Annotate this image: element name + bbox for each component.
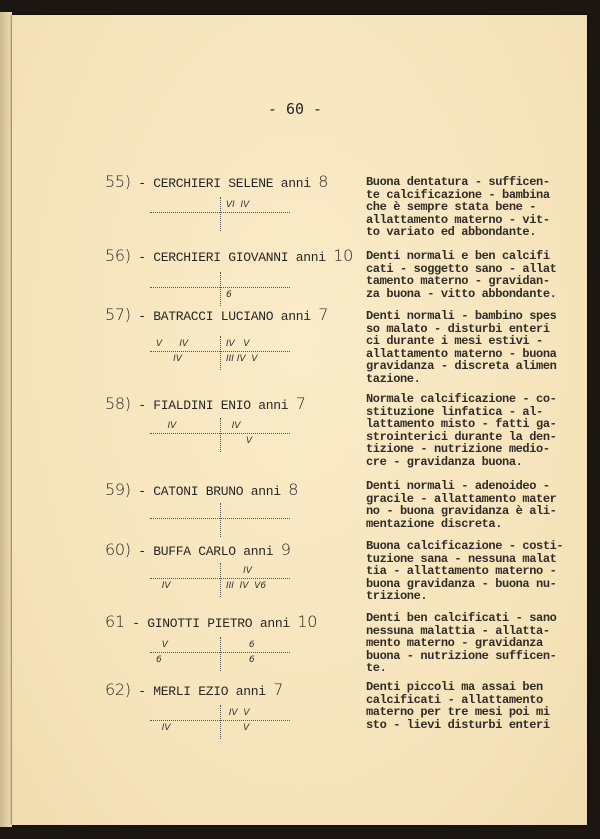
entry-heading: 61 - GINOTTI PIETRO anni 10 xyxy=(105,612,317,631)
formula-lower-right: 6 xyxy=(226,655,255,665)
entry-number: 57) xyxy=(105,305,131,324)
formula-lower-left: 6 xyxy=(156,655,162,665)
formula-upper-left: V xyxy=(156,640,168,650)
entry-heading: 59) - CATONI BRUNO anni 8 xyxy=(105,480,298,499)
entry-separator: - xyxy=(131,309,154,324)
formula-lower-left: IV xyxy=(156,723,171,733)
formula-lower-right: 6 xyxy=(226,290,232,300)
dental-formula: IV IV V xyxy=(150,418,290,452)
entry-separator: - xyxy=(131,484,154,499)
patient-age: 7 xyxy=(318,305,328,324)
entry-separator: - xyxy=(125,616,148,631)
entry-number: 58) xyxy=(105,394,131,413)
dental-formula: IV V IV V xyxy=(150,705,290,739)
entry-heading: 62) - MERLI EZIO anni 7 xyxy=(105,680,283,699)
entry-number: 56) xyxy=(105,246,131,265)
age-label: anni xyxy=(251,484,281,499)
dental-formula: VI IV xyxy=(150,197,290,231)
patient-name: BUFFA CARLO xyxy=(153,544,236,559)
age-label: anni xyxy=(243,544,273,559)
formula-upper-right: IV V xyxy=(226,339,250,349)
entry-heading: 57) - BATRACCI LUCIANO anni 7 xyxy=(105,305,328,324)
dental-formula: V 6 6 6 xyxy=(150,637,290,671)
entry-heading: 58) - FIALDINI ENIO anni 7 xyxy=(105,394,306,413)
formula-upper-right: VI IV xyxy=(226,200,249,210)
entry-number: 62) xyxy=(105,680,131,699)
entry-number: 55) xyxy=(105,172,131,191)
patient-name: GINOTTI PIETRO xyxy=(147,616,252,631)
entry-separator: - xyxy=(131,684,154,699)
dental-formula xyxy=(150,503,290,537)
formula-upper-left: V IV xyxy=(156,339,188,349)
formula-vertical-line xyxy=(220,705,221,739)
entry-description: Denti normali e ben calcifi cati - sogge… xyxy=(366,250,586,300)
formula-lower-right: III IV V6 xyxy=(226,581,266,591)
patient-age: 10 xyxy=(333,246,353,265)
entry-description: Denti normali - bambino spes so malato -… xyxy=(366,310,586,385)
patient-name: BATRACCI LUCIANO xyxy=(153,309,273,324)
page-fold xyxy=(0,12,12,827)
formula-vertical-line xyxy=(220,197,221,231)
entry-separator: - xyxy=(131,544,154,559)
age-label: anni xyxy=(260,616,290,631)
formula-vertical-line xyxy=(220,503,221,537)
formula-vertical-line xyxy=(220,637,221,671)
formula-upper-right: 6 xyxy=(226,640,255,650)
patient-age: 9 xyxy=(281,540,291,559)
formula-upper-right: IV xyxy=(226,566,252,576)
patient-age: 7 xyxy=(273,680,283,699)
entry-heading: 60) - BUFFA CARLO anni 9 xyxy=(105,540,291,559)
entry-description: Denti ben calcificati - sano nessuna mal… xyxy=(366,612,586,675)
entry-number: 61 xyxy=(105,612,125,631)
age-label: anni xyxy=(296,250,326,265)
patient-age: 7 xyxy=(296,394,306,413)
formula-vertical-line xyxy=(220,418,221,452)
dental-formula: V IV IV V IV III IV V xyxy=(150,336,290,370)
page-number: - 60 - xyxy=(255,100,335,118)
entry-separator: - xyxy=(131,398,154,413)
patient-name: CERCHIERI SELENE xyxy=(153,176,273,191)
dental-formula: IV IV III IV V6 xyxy=(150,563,290,597)
formula-upper-left: IV xyxy=(156,421,176,431)
formula-lower-left: IV xyxy=(156,354,182,364)
entry-number: 59) xyxy=(105,480,131,499)
formula-lower-right: V xyxy=(226,436,252,446)
patient-name: MERLI EZIO xyxy=(153,684,228,699)
formula-vertical-line xyxy=(220,563,221,597)
entry-description: Buona dentatura - sufficen- te calcifica… xyxy=(366,176,586,239)
age-label: anni xyxy=(281,309,311,324)
patient-name: CERCHIERI GIOVANNI xyxy=(153,250,288,265)
formula-upper-right: IV V xyxy=(226,708,250,718)
formula-lower-right: V xyxy=(226,723,249,733)
formula-vertical-line xyxy=(220,272,221,306)
formula-lower-left: IV xyxy=(156,581,171,591)
formula-lower-right: III IV V xyxy=(226,354,258,364)
formula-vertical-line xyxy=(220,336,221,370)
entry-number: 60) xyxy=(105,540,131,559)
entry-separator: - xyxy=(131,176,154,191)
age-label: anni xyxy=(258,398,288,413)
entry-heading: 55) - CERCHIERI SELENE anni 8 xyxy=(105,172,328,191)
patient-name: CATONI BRUNO xyxy=(153,484,243,499)
patient-age: 10 xyxy=(297,612,317,631)
patient-age: 8 xyxy=(288,480,298,499)
entry-description: Normale calcificazione - co- stituzione … xyxy=(366,393,586,468)
entry-heading: 56) - CERCHIERI GIOVANNI anni 10 xyxy=(105,246,353,265)
formula-upper-right: IV xyxy=(226,421,241,431)
patient-age: 8 xyxy=(318,172,328,191)
entry-description: Buona calcificazione - costi- tuzione sa… xyxy=(366,540,586,603)
entry-description: Denti normali - adenoideo - gracile - al… xyxy=(366,480,586,530)
entry-description: Denti piccoli ma assai ben calcificati -… xyxy=(366,681,586,731)
age-label: anni xyxy=(281,176,311,191)
entry-separator: - xyxy=(131,250,154,265)
age-label: anni xyxy=(236,684,266,699)
dental-formula: 6 xyxy=(150,272,290,306)
patient-name: FIALDINI ENIO xyxy=(153,398,251,413)
